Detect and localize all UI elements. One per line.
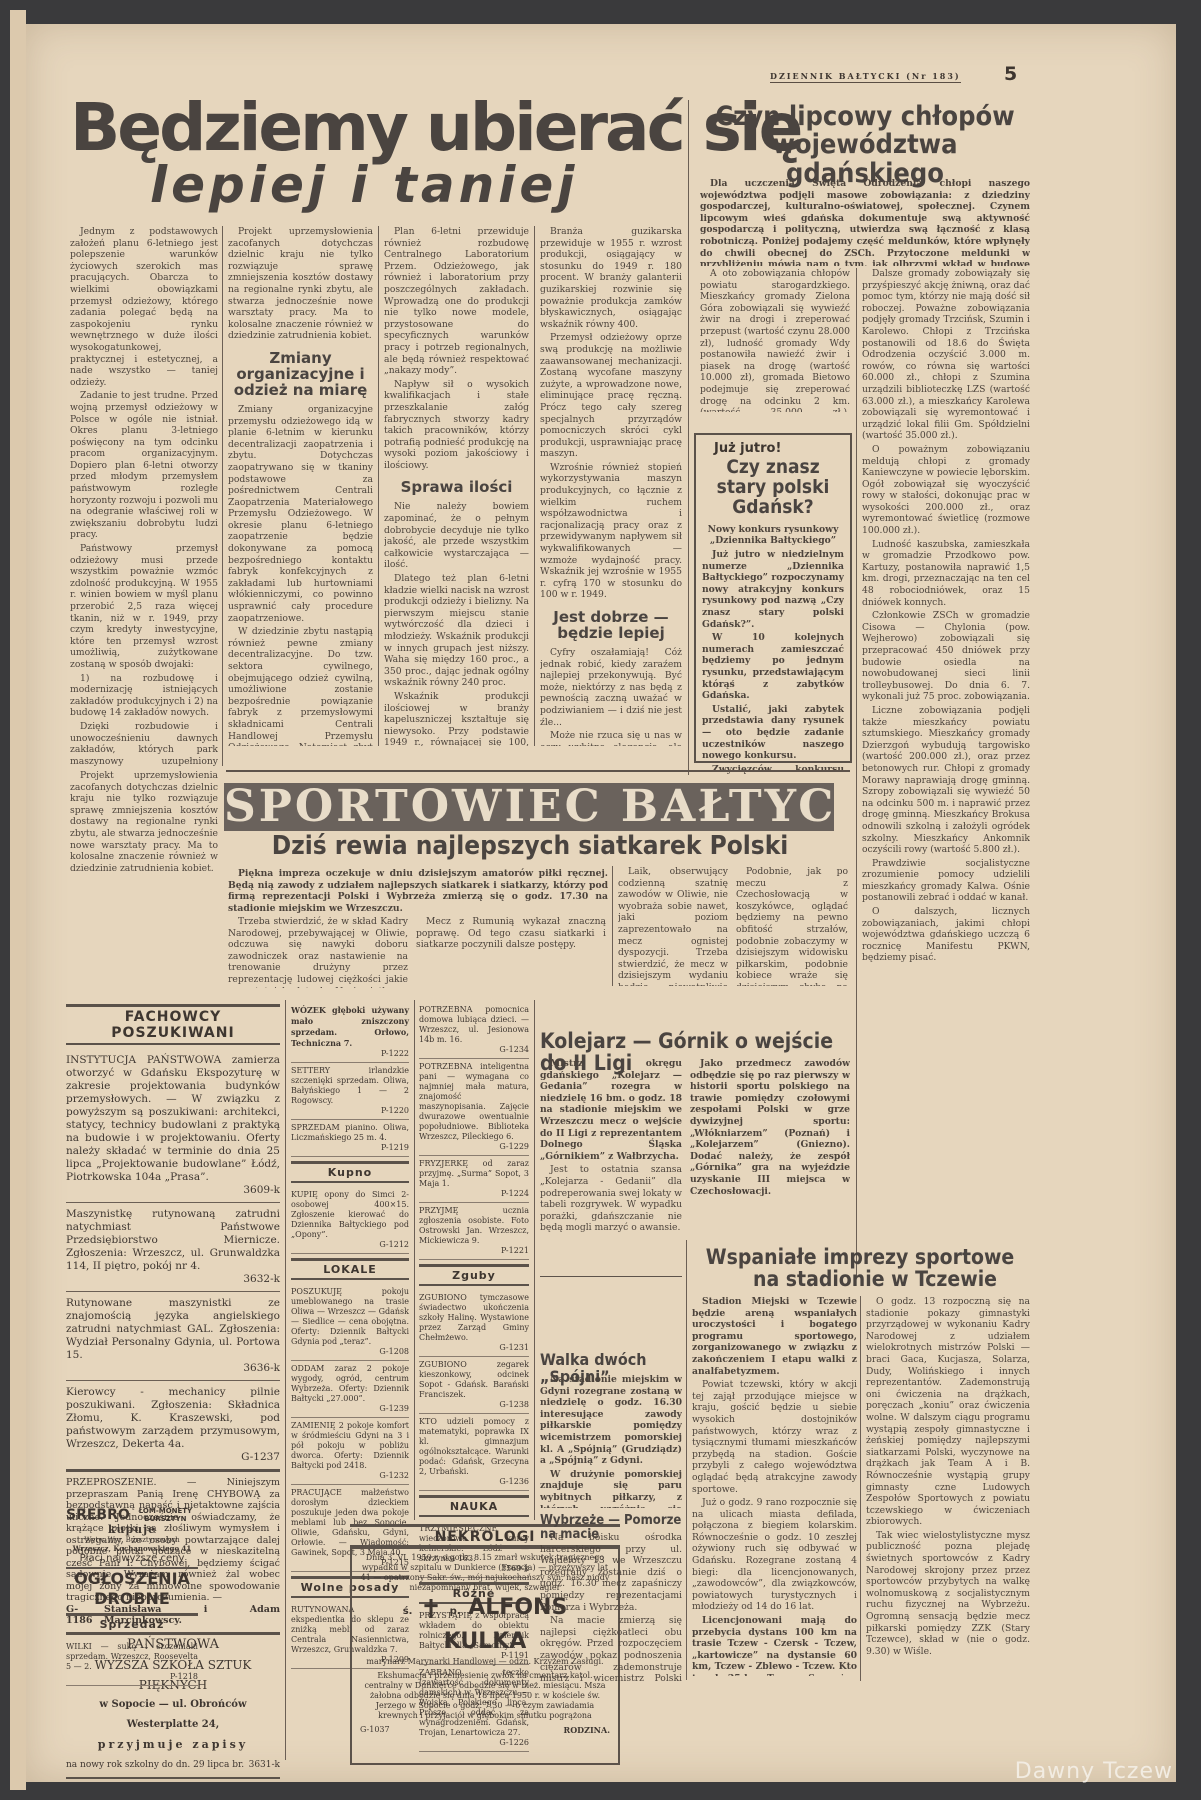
sale-heading: Sprzedaż (66, 1613, 198, 1635)
column-divider (686, 1240, 687, 1680)
tczew-headline: Wspaniałe imprezy sportowe na stadionie … (690, 1246, 1030, 1290)
lead-column-4: Branża guzikarska przewiduje w 1955 r. w… (540, 226, 682, 746)
contest-headline: Czy znasz stary polski Gdańsk? (702, 458, 844, 518)
column-divider (612, 866, 613, 986)
education-heading: NAUKA (419, 1495, 529, 1517)
column-divider (860, 1296, 861, 1681)
kolejarz-column-2: Jako przedmecz zawodów odbędzie się po r… (690, 1058, 850, 1238)
lead-subheadline: lepiej i taniej (150, 160, 578, 210)
contest-kicker: Już jutro! (714, 441, 850, 456)
lost-heading: Zguby (419, 1264, 529, 1286)
sport-lead: Piękna impreza oczekuje w dniu dzisiejsz… (228, 868, 608, 914)
masthead: DZIENNIK BAŁTYCKI (Nr 183) (770, 71, 961, 83)
page-number: 5 (1004, 63, 1017, 85)
lead-column-1: Jednym z podstawowych założeń planu 6-le… (70, 226, 218, 766)
lead-column-1-continued: Projekt uprzemysłowienia zacofanych doty… (70, 770, 218, 1000)
buy-heading: Kupno (291, 1161, 409, 1183)
contest-body: Nowy konkurs rysunkowy „Dziennika Bałtyc… (702, 524, 844, 774)
classified-ad: ZGUBIONO zegarek kieszonkowy, odcinek So… (419, 1357, 529, 1414)
sport-column-2: Mecz z Rumunią wykazał znaczną poprawę. … (416, 916, 606, 988)
subheading-sprawa-ilosci: Sprawa ilości (384, 479, 529, 495)
classified-ad: KUPIĘ opony do Simci 2-osobowej 400×15. … (291, 1187, 409, 1254)
classifieds-heading: OGŁOSZENIA DROBNE (66, 1567, 198, 1609)
column-divider (414, 1000, 415, 1520)
silver-ad: SREBRO ŁOM-MONETY BURSZTYN kupuje Wytw. … (66, 1507, 198, 1686)
kolejarz-column-1: Mistrz okręgu gdańskiego „Kolejarz — Ged… (540, 1058, 682, 1268)
classified-ad: WÓZEK głęboki używany mało zniszczony sp… (291, 1002, 409, 1063)
job-ad: Kierowcy - mechanicy pilnie poszukiwani.… (66, 1381, 280, 1472)
classified-ad: WILKI — sukę i szczeniaki sprzedam. Wrze… (66, 1639, 198, 1686)
walka-body: Na stadionie miejskim w Gdyni rozegrane … (540, 1374, 682, 1508)
classified-ad: ZGUBIONO tymczasowe świadectwo ukończeni… (419, 1290, 529, 1357)
classified-ad: SPRZEDAM pianino. Oliwa, Liczmańskiego 2… (291, 1120, 409, 1157)
lead-headline: Będziemy ubierać się (70, 95, 800, 161)
czyn-column-1: A oto zobowiązania chłopów powiatu staro… (700, 268, 850, 412)
job-ads-heading: FACHOWCY POSZUKIWANI (66, 1004, 280, 1045)
czyn-lead: Dla uczczenia Święta Odrodzenia chłopi n… (700, 178, 1030, 266)
tczew-column-1: Stadion Miejski w Tczewie będzie areną w… (692, 1296, 857, 1676)
classified-ad: PRZYJMĘ ucznia zgłoszenia osobiste. Foto… (419, 1203, 529, 1260)
sport-section-banner: SPORTOWIEC BAŁTYCKI (224, 783, 834, 831)
watermark: Dawny Tczew (1015, 1759, 1173, 1784)
job-ad: Rutynowane maszynistki ze znajomością ję… (66, 1292, 280, 1381)
section-rule (540, 1276, 682, 1277)
classified-ad: POTRZEBNA inteligentna pani — wymagana c… (419, 1059, 529, 1156)
column-divider (222, 226, 223, 766)
sport-column-4: Podobnie, jak po meczu z Czechosłowacją … (736, 866, 848, 986)
cross-icon: ✝ (420, 1595, 442, 1625)
classified-ad: FRYZJERKĘ od zaraz przyjmę. „Surma” Sopo… (419, 1156, 529, 1203)
sport-column-1: Trzeba stwierdzić, że w skład Kadry Naro… (228, 916, 408, 988)
classified-ad: ZAMIENIĘ 2 pokoje komfort w śródmieściu … (291, 1418, 409, 1485)
column-divider (285, 1000, 286, 1760)
lead-column-3: Plan 6-letni przewiduje również rozbudow… (384, 226, 529, 746)
subheading-jest-dobrze: Jest dobrze — będzie lepiej (540, 609, 682, 641)
classified-ad: POTRZEBNA pomocnica domowa lubiąca dziec… (419, 1002, 529, 1059)
sport-headline: Dziś rewia najlepszych siatkarek Polski (225, 833, 835, 860)
lead-column-2: Projekt uprzemysłowienia zacofanych doty… (228, 226, 373, 746)
column-divider (534, 1000, 535, 1520)
binding-edge (10, 10, 26, 1790)
column-divider (688, 100, 689, 775)
czyn-column-2: Dalsze gromady zobowiązały się przyśpies… (862, 268, 1030, 1278)
column-divider (378, 226, 379, 746)
classified-ad: SETTERY irlandzkie szczenięki sprzedam. … (291, 1063, 409, 1120)
premises-heading: LOKALE (291, 1258, 409, 1280)
column-divider (534, 226, 535, 746)
czyn-headline: Czyn lipcowy chłopów województwa gdański… (700, 103, 1030, 188)
contest-announcement-box: Już jutro! Czy znasz stary polski Gdańsk… (694, 433, 852, 763)
classified-ad: ODDAM zaraz 2 pokoje wygody, ogród, cent… (291, 1361, 409, 1418)
sport-column-3: Laik, obserwujący codzienną szatnię zawo… (618, 866, 728, 986)
tczew-column-2: O godz. 13 rozpoczną się na stadionie po… (866, 1296, 1030, 1681)
job-ad: INSTYTUCJA PAŃSTWOWA zamierza otworzyć w… (66, 1049, 280, 1203)
wybrzeze-body: Na boisku ośrodka harcerskiego przy ul. … (540, 1532, 682, 1682)
classified-ad: KTO udzieli pomocy z matematyki, poprawk… (419, 1414, 529, 1491)
section-rule (226, 770, 850, 772)
subheading-zmiany: Zmiany organizacyjne i odzież na miarę (228, 350, 373, 398)
column-divider (856, 268, 857, 1278)
classified-ad: POSZUKUJĘ pokoju umeblowanego na trasie … (291, 1284, 409, 1361)
job-ad: Maszynistkę rutynowaną zatrudni natychmi… (66, 1203, 280, 1292)
